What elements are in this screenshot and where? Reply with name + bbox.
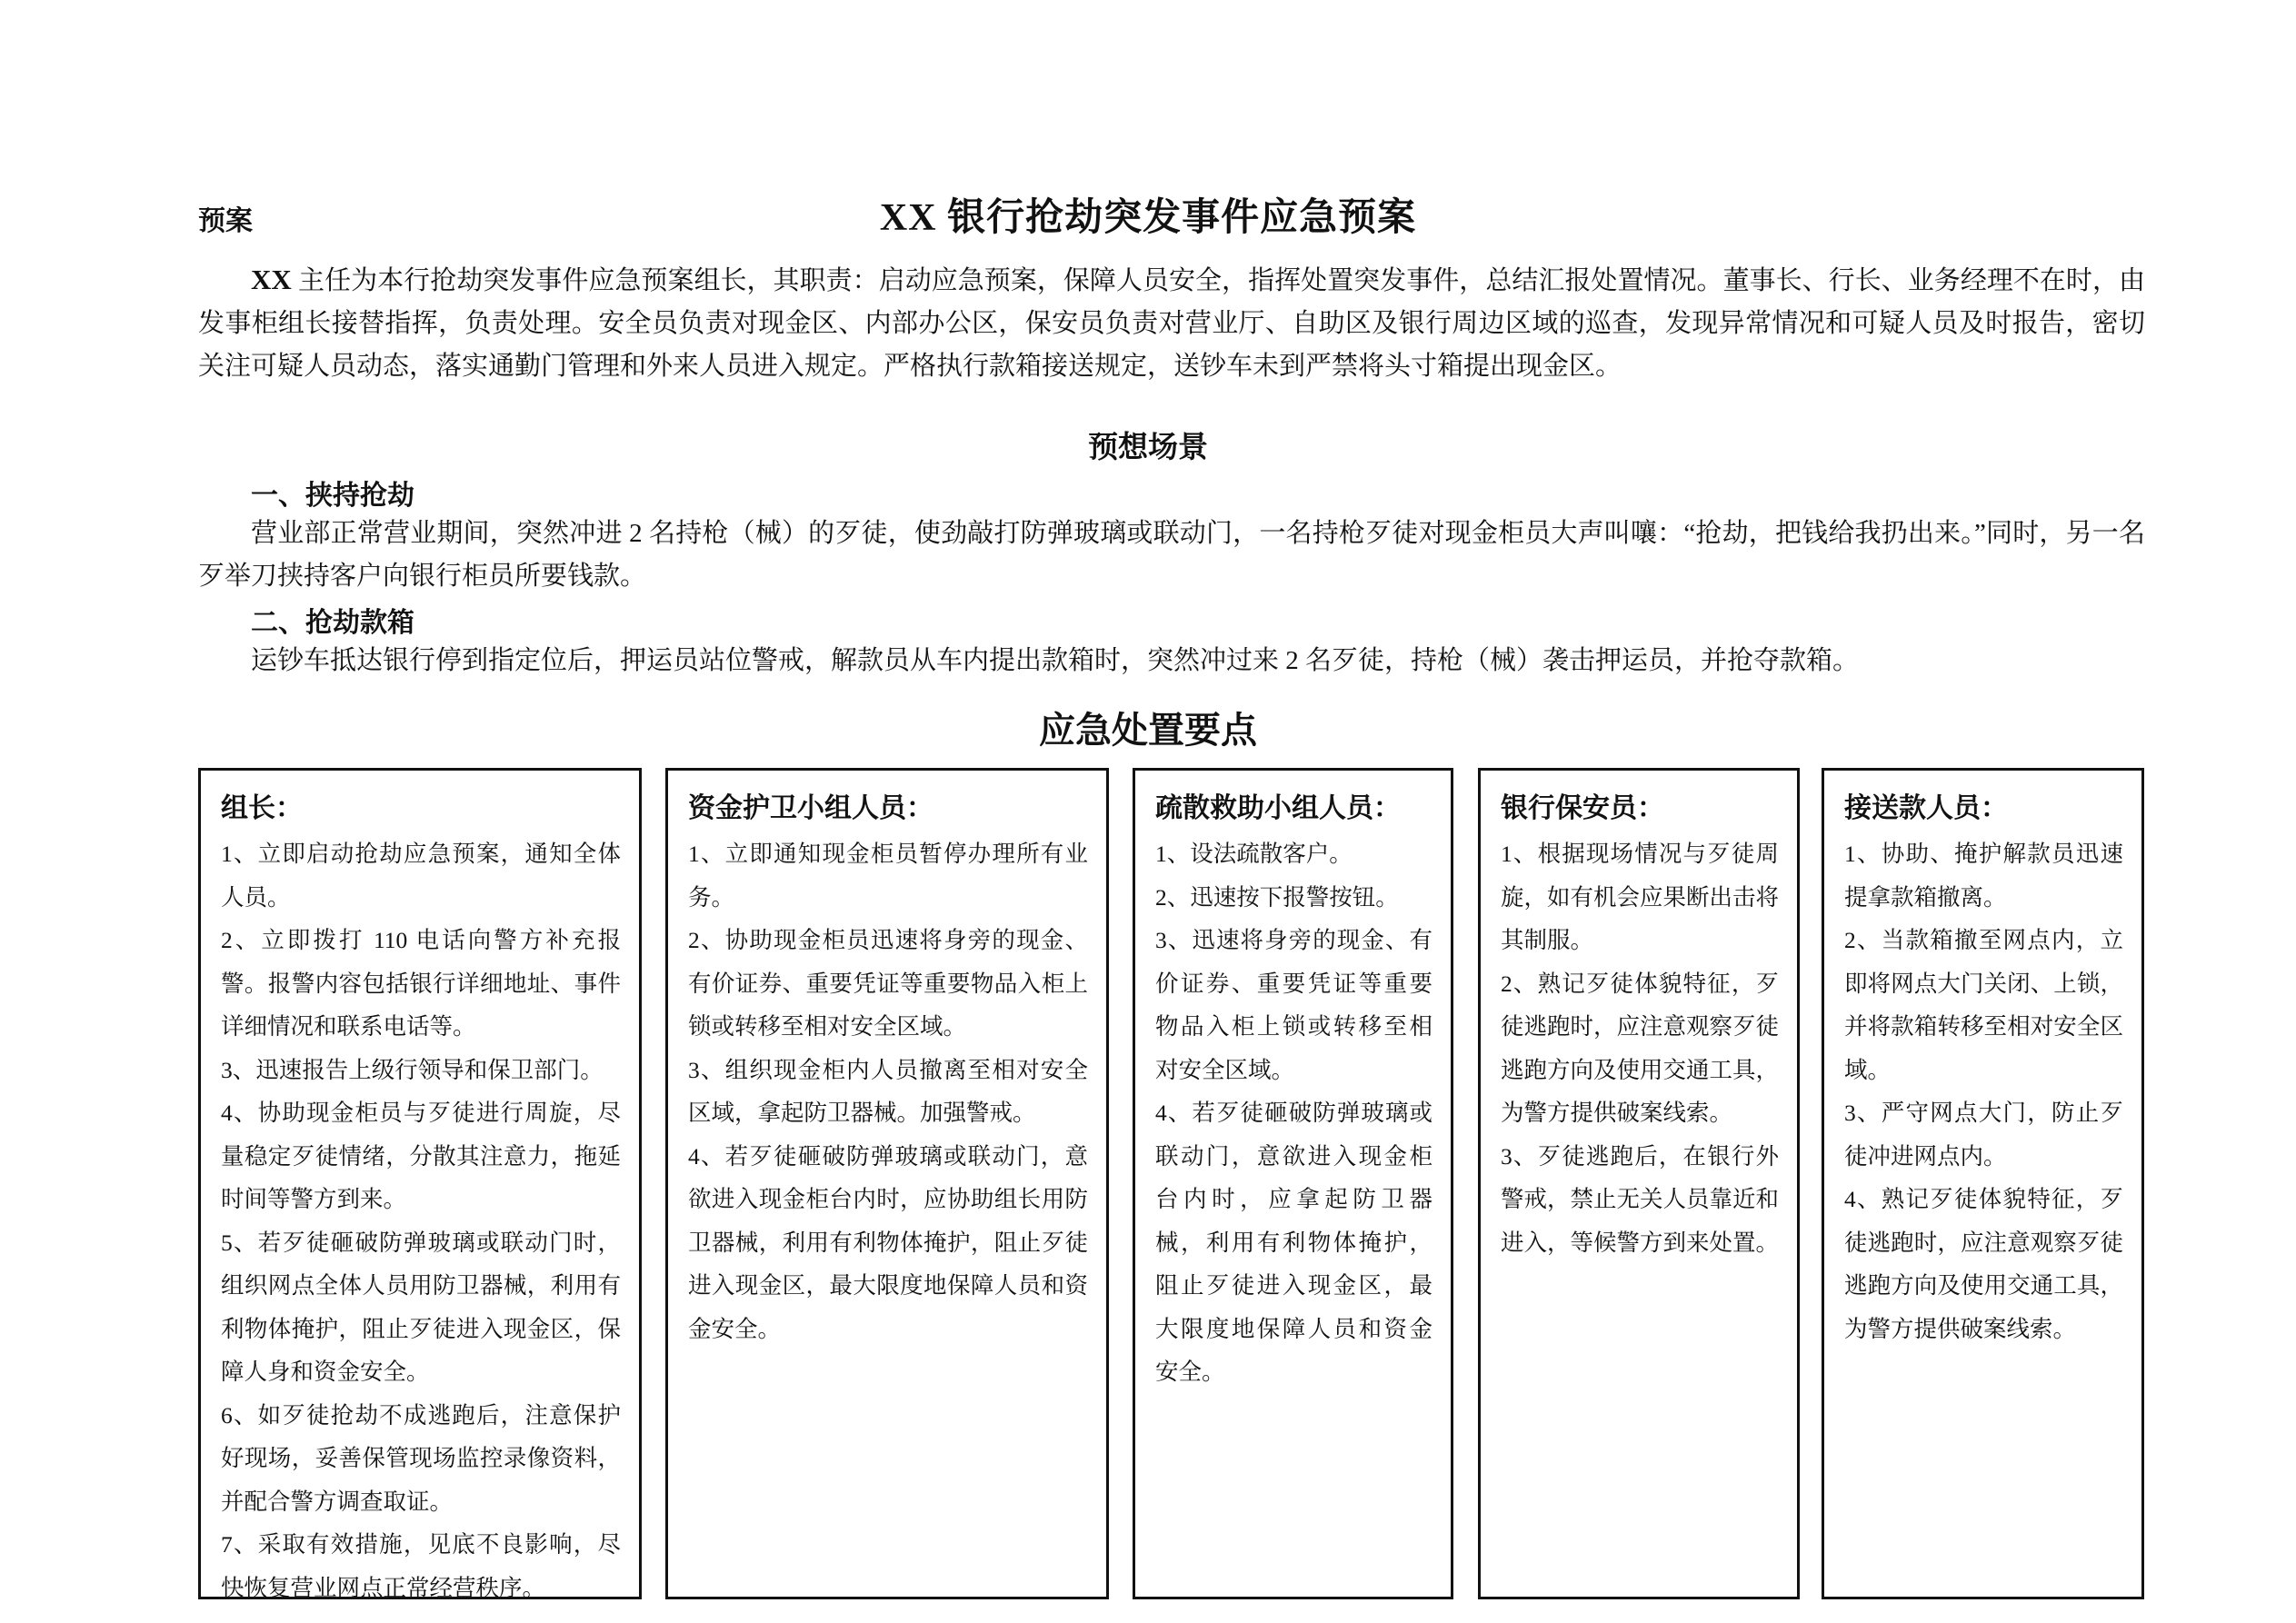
role-heading: 银行保安员： [1501,791,1779,827]
role-item: 6、如歹徒抢劫不成逃跑后，注意保护好现场，妥善保管现场监控录像资料，并配合警方调… [221,1394,621,1524]
role-item: 7、采取有效措施，见底不良影响，尽快恢复营业网点正常经营秩序。 [221,1523,621,1609]
role-item: 2、熟记歹徒体貌特征，歹徒逃跑时，应注意观察歹徒逃跑方向及使用交通工具，为警方提… [1501,962,1779,1135]
role-item: 3、严守网点大门，防止歹徒冲进网点内。 [1844,1091,2123,1178]
intro-paragraph: XX 主任为本行抢劫突发事件应急预案组长，其职责：启动应急预案，保障人员安全，指… [198,258,2145,388]
role-item: 3、迅速报告上级行领导和保卫部门。 [221,1049,621,1092]
role-item: 2、迅速按下报警按钮。 [1155,876,1433,920]
scenario-heading-cashbox: 二、抢劫款箱 [251,600,414,640]
role-heading: 组长： [221,791,621,827]
role-item: 3、迅速将身旁的现金、有价证券、重要凭证等重要物品入柜上锁或转移至相对安全区域。 [1155,919,1433,1091]
role-box-security-guard: 银行保安员： 1、根据现场情况与歹徒周旋，如有机会应果断出击将其制服。 2、熟记… [1478,768,1800,1599]
role-item: 5、若歹徒砸破防弹玻璃或联动门时，组织网点全体人员用防卫器械，利用有利物体掩护，… [221,1221,621,1394]
role-item: 4、若歹徒砸破防弹玻璃或联动门，意欲进入现金柜台内时，应协助组长用防卫器械，利用… [688,1135,1088,1351]
role-heading: 资金护卫小组人员： [688,791,1088,827]
role-box-cash-transfer: 接送款人员： 1、协助、掩护解款员迅速提拿款箱撤离。 2、当款箱撤至网点内，立即… [1822,768,2144,1599]
role-item: 1、立即通知现金柜员暂停办理所有业务。 [688,832,1088,919]
role-item: 2、协助现金柜员迅速将身旁的现金、有价证券、重要凭证等重要物品入柜上锁或转移至相… [688,919,1088,1049]
document-title: XX 银行抢劫突发事件应急预案 [0,187,2296,242]
role-item: 3、歹徒逃跑后，在银行外警戒，禁止无关人员靠近和进入，等候警方到来处置。 [1501,1135,1779,1265]
role-box-evacuation: 疏散救助小组人员： 1、设法疏散客户。 2、迅速按下报警按钮。 3、迅速将身旁的… [1133,768,1453,1599]
role-item: 4、若歹徒砸破防弹玻璃或联动门，意欲进入现金柜台内时，应拿起防卫器械，利用有利物… [1155,1091,1433,1394]
role-item: 1、协助、掩护解款员迅速提拿款箱撤离。 [1844,832,2123,919]
intro-lead: XX [251,264,292,295]
role-item: 2、当款箱撤至网点内，立即将网点大门关闭、上锁，并将款箱转移至相对安全区域。 [1844,919,2123,1091]
role-heading: 接送款人员： [1844,791,2123,827]
role-item: 1、根据现场情况与歹徒周旋，如有机会应果断出击将其制服。 [1501,832,1779,962]
response-points-title: 应急处置要点 [0,702,2296,753]
scenario-text-hostage: 营业部正常营业期间，突然冲进 2 名持枪（械）的歹徒，使劲敲打防弹玻璃或联动门，… [198,513,2145,598]
role-item: 3、组织现金柜内人员撤离至相对安全区域，拿起防卫器械。加强警戒。 [688,1049,1088,1135]
role-item: 1、立即启动抢劫应急预案，通知全体人员。 [221,832,621,919]
scenario-text-cashbox: 运钞车抵达银行停到指定位后，押运员站位警戒，解款员从车内提出款箱时，突然冲过来 … [198,640,2145,682]
role-box-fund-guard: 资金护卫小组人员： 1、立即通知现金柜员暂停办理所有业务。 2、协助现金柜员迅速… [665,768,1109,1599]
role-heading: 疏散救助小组人员： [1155,791,1433,827]
role-item: 4、熟记歹徒体貌特征，歹徒逃跑时，应注意观察歹徒逃跑方向及使用交通工具，为警方提… [1844,1178,2123,1350]
role-item: 2、立即拨打 110 电话向警方补充报警。报警内容包括银行详细地址、事件详细情况… [221,919,621,1049]
intro-text: 主任为本行抢劫突发事件应急预案组长，其职责：启动应急预案，保障人员安全，指挥处置… [198,266,2145,381]
role-item: 1、设法疏散客户。 [1155,832,1433,876]
scenario-heading-hostage: 一、挟持抢劫 [251,473,414,513]
role-item: 4、协助现金柜员与歹徒进行周旋，尽量稳定歹徒情绪，分散其注意力，拖延时间等警方到… [221,1091,621,1221]
scenarios-title: 预想场景 [0,423,2296,466]
role-box-leader: 组长： 1、立即启动抢劫应急预案，通知全体人员。 2、立即拨打 110 电话向警… [198,768,642,1599]
